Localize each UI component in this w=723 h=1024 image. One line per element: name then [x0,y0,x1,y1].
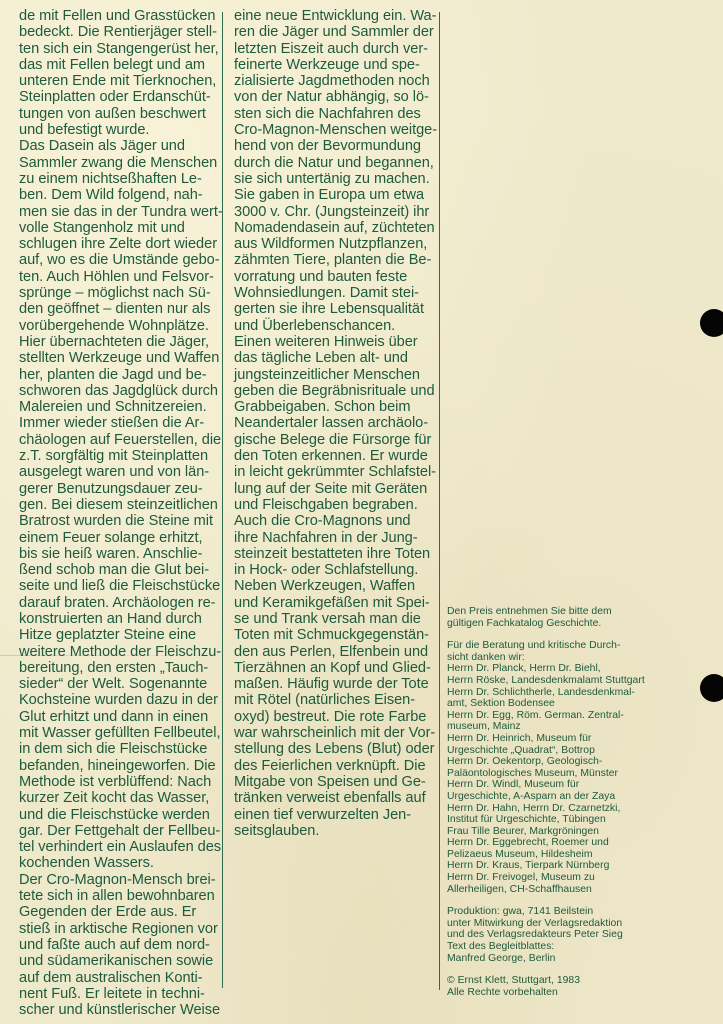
text-line: Herrn Dr. Planck, Herrn Dr. Biehl, [447,663,677,675]
text-line: und Fleischgaben begraben. [234,497,439,513]
text-line: Manfred George, Berlin [447,953,677,965]
text-line: © Ernst Klett, Stuttgart, 1983 [447,975,677,987]
text-line: de mit Fellen und Grasstücken [19,8,219,24]
text-line: Grabbeigaben. Schon beim [234,399,439,415]
text-line: Neben Werkzeugen, Waffen [234,578,439,594]
text-line: auf dem australischen Konti- [19,970,219,986]
text-line: Frau Tille Beurer, Markgröningen [447,826,677,838]
production-credits: Produktion: gwa, 7141 Beilsteinunter Mit… [447,906,677,964]
text-line: Herrn Dr. Schlichtherle, Landesdenkmal- [447,687,677,699]
text-line: stellten Werkzeuge und Waffen [19,350,219,366]
text-line: und die Fleischstücke werden [19,807,219,823]
text-line: den aus Perlen, Elfenbein und [234,644,439,660]
spacer [447,629,677,640]
text-line: hend von der Bevormundung [234,138,439,154]
punch-hole-icon [700,309,723,337]
text-line: weitere Methode der Fleischzu- [19,644,219,660]
text-line: tränken verweist ebenfalls auf [234,790,439,806]
text-line: vorübergehende Wohnplätze. [19,318,219,334]
column-divider-1 [222,12,223,988]
text-line: Glut erhitzt und dann in einen [19,709,219,725]
text-line: sten sich die Nachfahren des [234,106,439,122]
text-line: ten sich ein Stangengerüst her, [19,41,219,57]
text-line: das tägliche Leben alt- und [234,350,439,366]
text-line: des Feierlichen verknüpft. Die [234,758,439,774]
text-line: stieß in arktische Regionen vor [19,921,219,937]
text-line: zu einem nichtseßhaften Le- [19,171,219,187]
text-line: museum, Mainz [447,721,677,733]
text-line: Pelizaeus Museum, Hildesheim [447,849,677,861]
text-line: auf, wo es die Umstände gebo- [19,252,219,268]
text-line: oxyd) bestreut. Die rote Farbe [234,709,439,725]
text-line: unteren Ende mit Tierknochen, [19,73,219,89]
text-line: zähmten Tiere, planten die Be- [234,252,439,268]
text-line: Produktion: gwa, 7141 Beilstein [447,906,677,918]
text-line: stellung des Lebens (Blut) oder [234,741,439,757]
text-line: sprünge – möglichst nach Sü- [19,285,219,301]
punch-hole-icon [700,674,723,702]
text-line: her, planten die Jagd und be- [19,367,219,383]
text-line: bereitung, den ersten „Tauch- [19,660,219,676]
text-line: Wohnsiedlungen. Damit stei- [234,285,439,301]
text-line: bis sie heiß waren. Anschlie- [19,546,219,562]
text-line: Neandertaler lassen archäolo- [234,415,439,431]
text-line: ausgelegt waren und von län- [19,464,219,480]
text-line: Bratrost wurden die Steine mit [19,513,219,529]
text-line: Herrn Röske, Landesdenkmalamt Stuttgart [447,675,677,687]
text-line: Gegenden der Erde aus. Er [19,904,219,920]
text-line: Steinplatten oder Erdanschüt- [19,89,219,105]
text-line: Malereien und Schnitzereien. [19,399,219,415]
text-line: volle Stangenholz mit und [19,220,219,236]
text-line: Das Dasein als Jäger und [19,138,219,154]
text-line: Urgeschichte „Quadrat“, Bottrop [447,745,677,757]
text-line: vorratung und bauten feste [234,269,439,285]
text-line: tel verhindert ein Auslaufen des [19,839,219,855]
text-line: Herrn Dr. Windl, Museum für [447,779,677,791]
text-line: Auch die Cro-Magnons und [234,513,439,529]
text-line: Hier übernachteten die Jäger, [19,334,219,350]
text-line: gerten sie ihre Lebensqualität [234,301,439,317]
text-line: war wahrscheinlich mit der Vor- [234,725,439,741]
text-line: maßen. Häufig wurde der Tote [234,676,439,692]
text-line: darauf braten. Archäologen re- [19,595,219,611]
text-column-1: de mit Fellen und Grasstückenbedeckt. Di… [19,8,219,1018]
text-line: zialisierte Jagdmethoden noch [234,73,439,89]
text-line: in leicht gekrümmter Schlafstel- [234,464,439,480]
column-divider-2 [439,12,440,990]
text-line: 3000 v. Chr. (Jungsteinzeit) ihr [234,204,439,220]
text-line: Text des Begleitblattes: [447,941,677,953]
text-line: eine neue Entwicklung ein. Wa- [234,8,439,24]
text-line: den Toten erkennen. Er wurde [234,448,439,464]
text-line: Einen weiteren Hinweis über [234,334,439,350]
text-line: Alle Rechte vorbehalten [447,987,677,999]
text-line: amt, Sektion Bodensee [447,698,677,710]
text-line: und südamerikanischen sowie [19,953,219,969]
spacer [447,964,677,975]
text-line: befanden, hineingeworfen. Die [19,758,219,774]
text-line: unter Mitwirkung der Verlagsredaktion [447,918,677,930]
text-line: chäologen auf Feuerstellen, die [19,432,219,448]
text-line: Tierzähnen an Kopf und Glied- [234,660,439,676]
text-line: Methode ist verblüffend: Nach [19,774,219,790]
text-line: und befestigt wurde. [19,122,219,138]
text-line: einem Feuer solange erhitzt, [19,530,219,546]
spacer [447,895,677,906]
text-line: gen. Bei diesem steinzeitlichen [19,497,219,513]
text-line: Toten mit Schmuckgegenstän- [234,627,439,643]
text-line: scher und künstlerischer Weise [19,1002,219,1018]
text-line: konstruierten an Hand durch [19,611,219,627]
text-line: Allerheiligen, CH-Schaffhausen [447,884,677,896]
text-line: Immer wieder stießen die Ar- [19,415,219,431]
colophon: Den Preis entnehmen Sie bitte demgültige… [447,606,677,998]
text-line: seite und ließ die Fleischstücke [19,578,219,594]
text-line: Institut für Urgeschichte, Tübingen [447,814,677,826]
text-line: von der Natur abhängig, so lö- [234,89,439,105]
text-line: ben. Dem Wild folgend, nah- [19,187,219,203]
text-line: schworen das Jagdglück durch [19,383,219,399]
text-line: Herrn Dr. Oekentorp, Geologisch- [447,756,677,768]
text-line: Kochsteine wurden dazu in der [19,692,219,708]
text-line: feinerte Werkzeuge und spe- [234,57,439,73]
text-line: in dem sich die Fleischstücke [19,741,219,757]
acknowledgements: Für die Beratung und kritische Durch-sic… [447,640,677,895]
text-line: Für die Beratung und kritische Durch- [447,640,677,652]
text-line: se und Trank versah man die [234,611,439,627]
text-line: Herrn Dr. Kraus, Tierpark Nürnberg [447,860,677,872]
text-line: den geöffnet – dienten nur als [19,301,219,317]
text-line: Herrn Dr. Freivogel, Museum zu [447,872,677,884]
text-line: gar. Der Fettgehalt der Fellbeu- [19,823,219,839]
text-line: und Überlebenschancen. [234,318,439,334]
text-line: tete sich in allen bewohnbaren [19,888,219,904]
text-line: steinzeit bestatteten ihre Toten [234,546,439,562]
text-line: gische Belege die Fürsorge für [234,432,439,448]
text-line: jungsteinzeitlicher Menschen [234,367,439,383]
text-line: kurzer Zeit kocht das Wasser, [19,790,219,806]
text-line: gerer Benutzungsdauer zeu- [19,481,219,497]
text-line: geben die Begräbnisrituale und [234,383,439,399]
text-line: seitsglauben. [234,823,439,839]
text-line: schlugen ihre Zelte dort wieder [19,236,219,252]
text-line: Herrn Dr. Eggebrecht, Roemer und [447,837,677,849]
text-line: sie sich untertänig zu machen. [234,171,439,187]
text-line: Cro-Magnon-Menschen weitge- [234,122,439,138]
text-line: Herrn Dr. Heinrich, Museum für [447,733,677,745]
copyright-notice: © Ernst Klett, Stuttgart, 1983Alle Recht… [447,975,677,998]
text-line: Sammler zwang die Menschen [19,155,219,171]
text-line: sieder“ der Welt. Sogenannte [19,676,219,692]
text-line: und des Verlagsredakteurs Peter Sieg [447,929,677,941]
text-line: Hitze geplatzter Steine eine [19,627,219,643]
text-line: Den Preis entnehmen Sie bitte dem [447,606,677,618]
text-line: gültigen Fachkatalog Geschichte. [447,618,677,630]
text-line: Urgeschichte, A-Asparn an der Zaya [447,791,677,803]
text-line: Paläontologisches Museum, Münster [447,768,677,780]
text-line: und Keramikgefäßen mit Spei- [234,595,439,611]
price-note: Den Preis entnehmen Sie bitte demgültige… [447,606,677,629]
text-line: ßend schob man die Glut bei- [19,562,219,578]
text-line: ten. Auch Höhlen und Felsvor- [19,269,219,285]
text-line: z.T. sorgfältig mit Steinplatten [19,448,219,464]
text-line: Herrn Dr. Egg, Röm. German. Zentral- [447,710,677,722]
text-line: tungen von außen beschwert [19,106,219,122]
text-line: nent Fuß. Er leitete in techni- [19,986,219,1002]
text-line: kochenden Wassers. [19,855,219,871]
text-line: in Hock- oder Schlafstellung. [234,562,439,578]
text-line: Der Cro-Magnon-Mensch brei- [19,872,219,888]
text-line: Herrn Dr. Hahn, Herrn Dr. Czarnetzki, [447,803,677,815]
text-line: men sie das in der Tundra wert- [19,204,219,220]
text-line: lung auf der Seite mit Geräten [234,481,439,497]
text-line: Sie gaben in Europa um etwa [234,187,439,203]
text-line: ren die Jäger und Sammler der [234,24,439,40]
text-line: Mitgabe von Speisen und Ge- [234,774,439,790]
text-line: Nomadendasein auf, züchteten [234,220,439,236]
text-line: durch die Natur und begannen, [234,155,439,171]
text-line: sicht danken wir: [447,652,677,664]
text-line: und faßte auch auf dem nord- [19,937,219,953]
text-line: einen tief verwurzelten Jen- [234,807,439,823]
text-line: letzten Eiszeit auch durch ver- [234,41,439,57]
text-line: bedeckt. Die Rentierjäger stell- [19,24,219,40]
text-line: mit Wasser gefüllten Fellbeutel, [19,725,219,741]
text-line: aus Wildformen Nutzpflanzen, [234,236,439,252]
text-line: das mit Fellen belegt und am [19,57,219,73]
text-line: ihre Nachfahren in der Jung- [234,530,439,546]
text-column-2: eine neue Entwicklung ein. Wa-ren die Jä… [234,8,439,839]
text-line: mit Rötel (natürliches Eisen- [234,692,439,708]
